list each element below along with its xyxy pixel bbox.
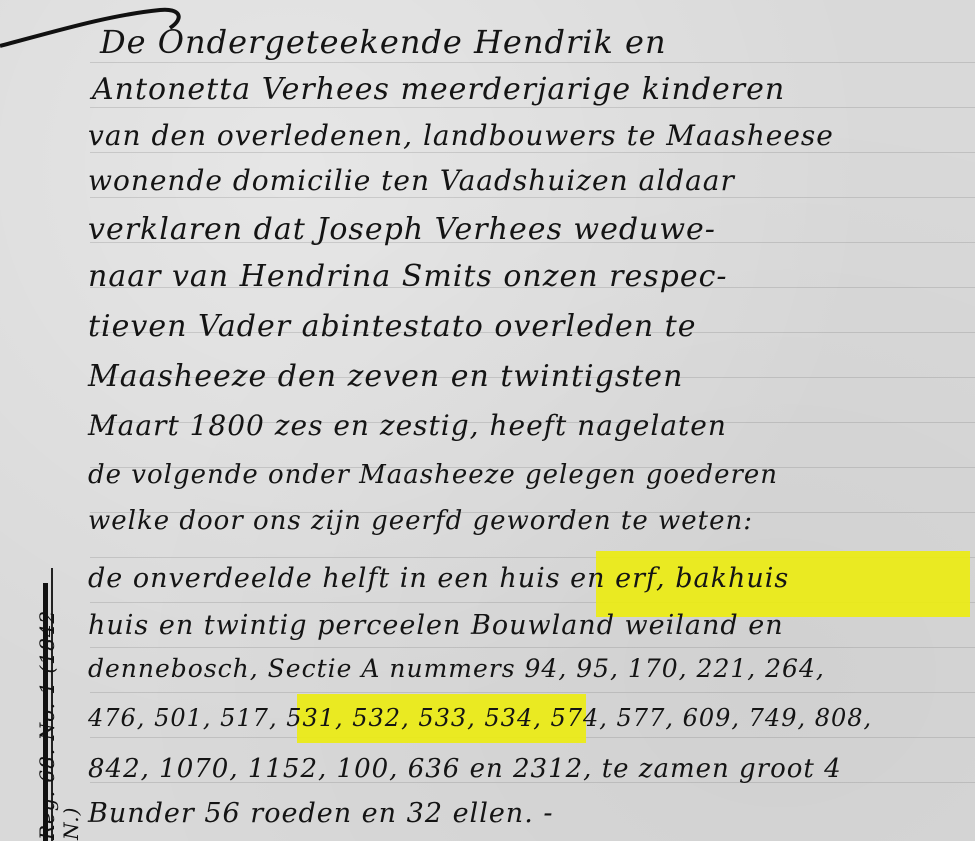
text-line-12: de onverdeelde helft in een huis en erf,… bbox=[88, 565, 789, 592]
text-line-4: wonende domicilie ten Vaadshuizen aldaar bbox=[88, 167, 735, 195]
ruled-line bbox=[90, 62, 975, 63]
ruled-line bbox=[90, 152, 975, 153]
text-line-15: 476, 501, 517, 531, 532, 533, 534, 574, … bbox=[88, 706, 872, 730]
text-line-5: verklaren dat Joseph Verhees weduwe- bbox=[88, 215, 716, 245]
text-line-14: dennebosch, Sectie A nummers 94, 95, 170… bbox=[88, 656, 825, 681]
ruled-line bbox=[90, 692, 975, 693]
text-line-17: Bunder 56 roeden en 32 ellen. - bbox=[88, 800, 553, 827]
text-line-11: welke door ons zijn geerfd geworden te w… bbox=[88, 508, 753, 534]
ruled-line bbox=[90, 647, 975, 648]
margin-registration-note: Reg. 68. No. 1 (1842 N.) bbox=[35, 600, 65, 840]
text-line-8: Maasheeze den zeven en twintigsten bbox=[88, 362, 683, 392]
text-line-9: Maart 1800 zes en zestig, heeft nagelate… bbox=[88, 412, 727, 440]
text-line-2: Antonetta Verhees meerderjarige kinderen bbox=[92, 75, 785, 105]
document-page: De Ondergeteekende Hendrik en Antonetta … bbox=[0, 0, 975, 841]
ruled-line bbox=[90, 197, 975, 198]
text-line-3: van den overledenen, landbouwers te Maas… bbox=[88, 122, 834, 150]
text-line-13: huis en twintig perceelen Bouwland weila… bbox=[88, 612, 784, 639]
text-line-1: De Ondergeteekende Hendrik en bbox=[100, 26, 667, 58]
text-line-7: tieven Vader abintestato overleden te bbox=[88, 312, 696, 342]
ruled-line bbox=[90, 107, 975, 108]
text-line-10: de volgende onder Maasheeze gelegen goed… bbox=[88, 462, 778, 488]
text-line-6: naar van Hendrina Smits onzen respec- bbox=[88, 262, 728, 292]
text-line-16: 842, 1070, 1152, 100, 636 en 2312, te za… bbox=[88, 756, 842, 782]
